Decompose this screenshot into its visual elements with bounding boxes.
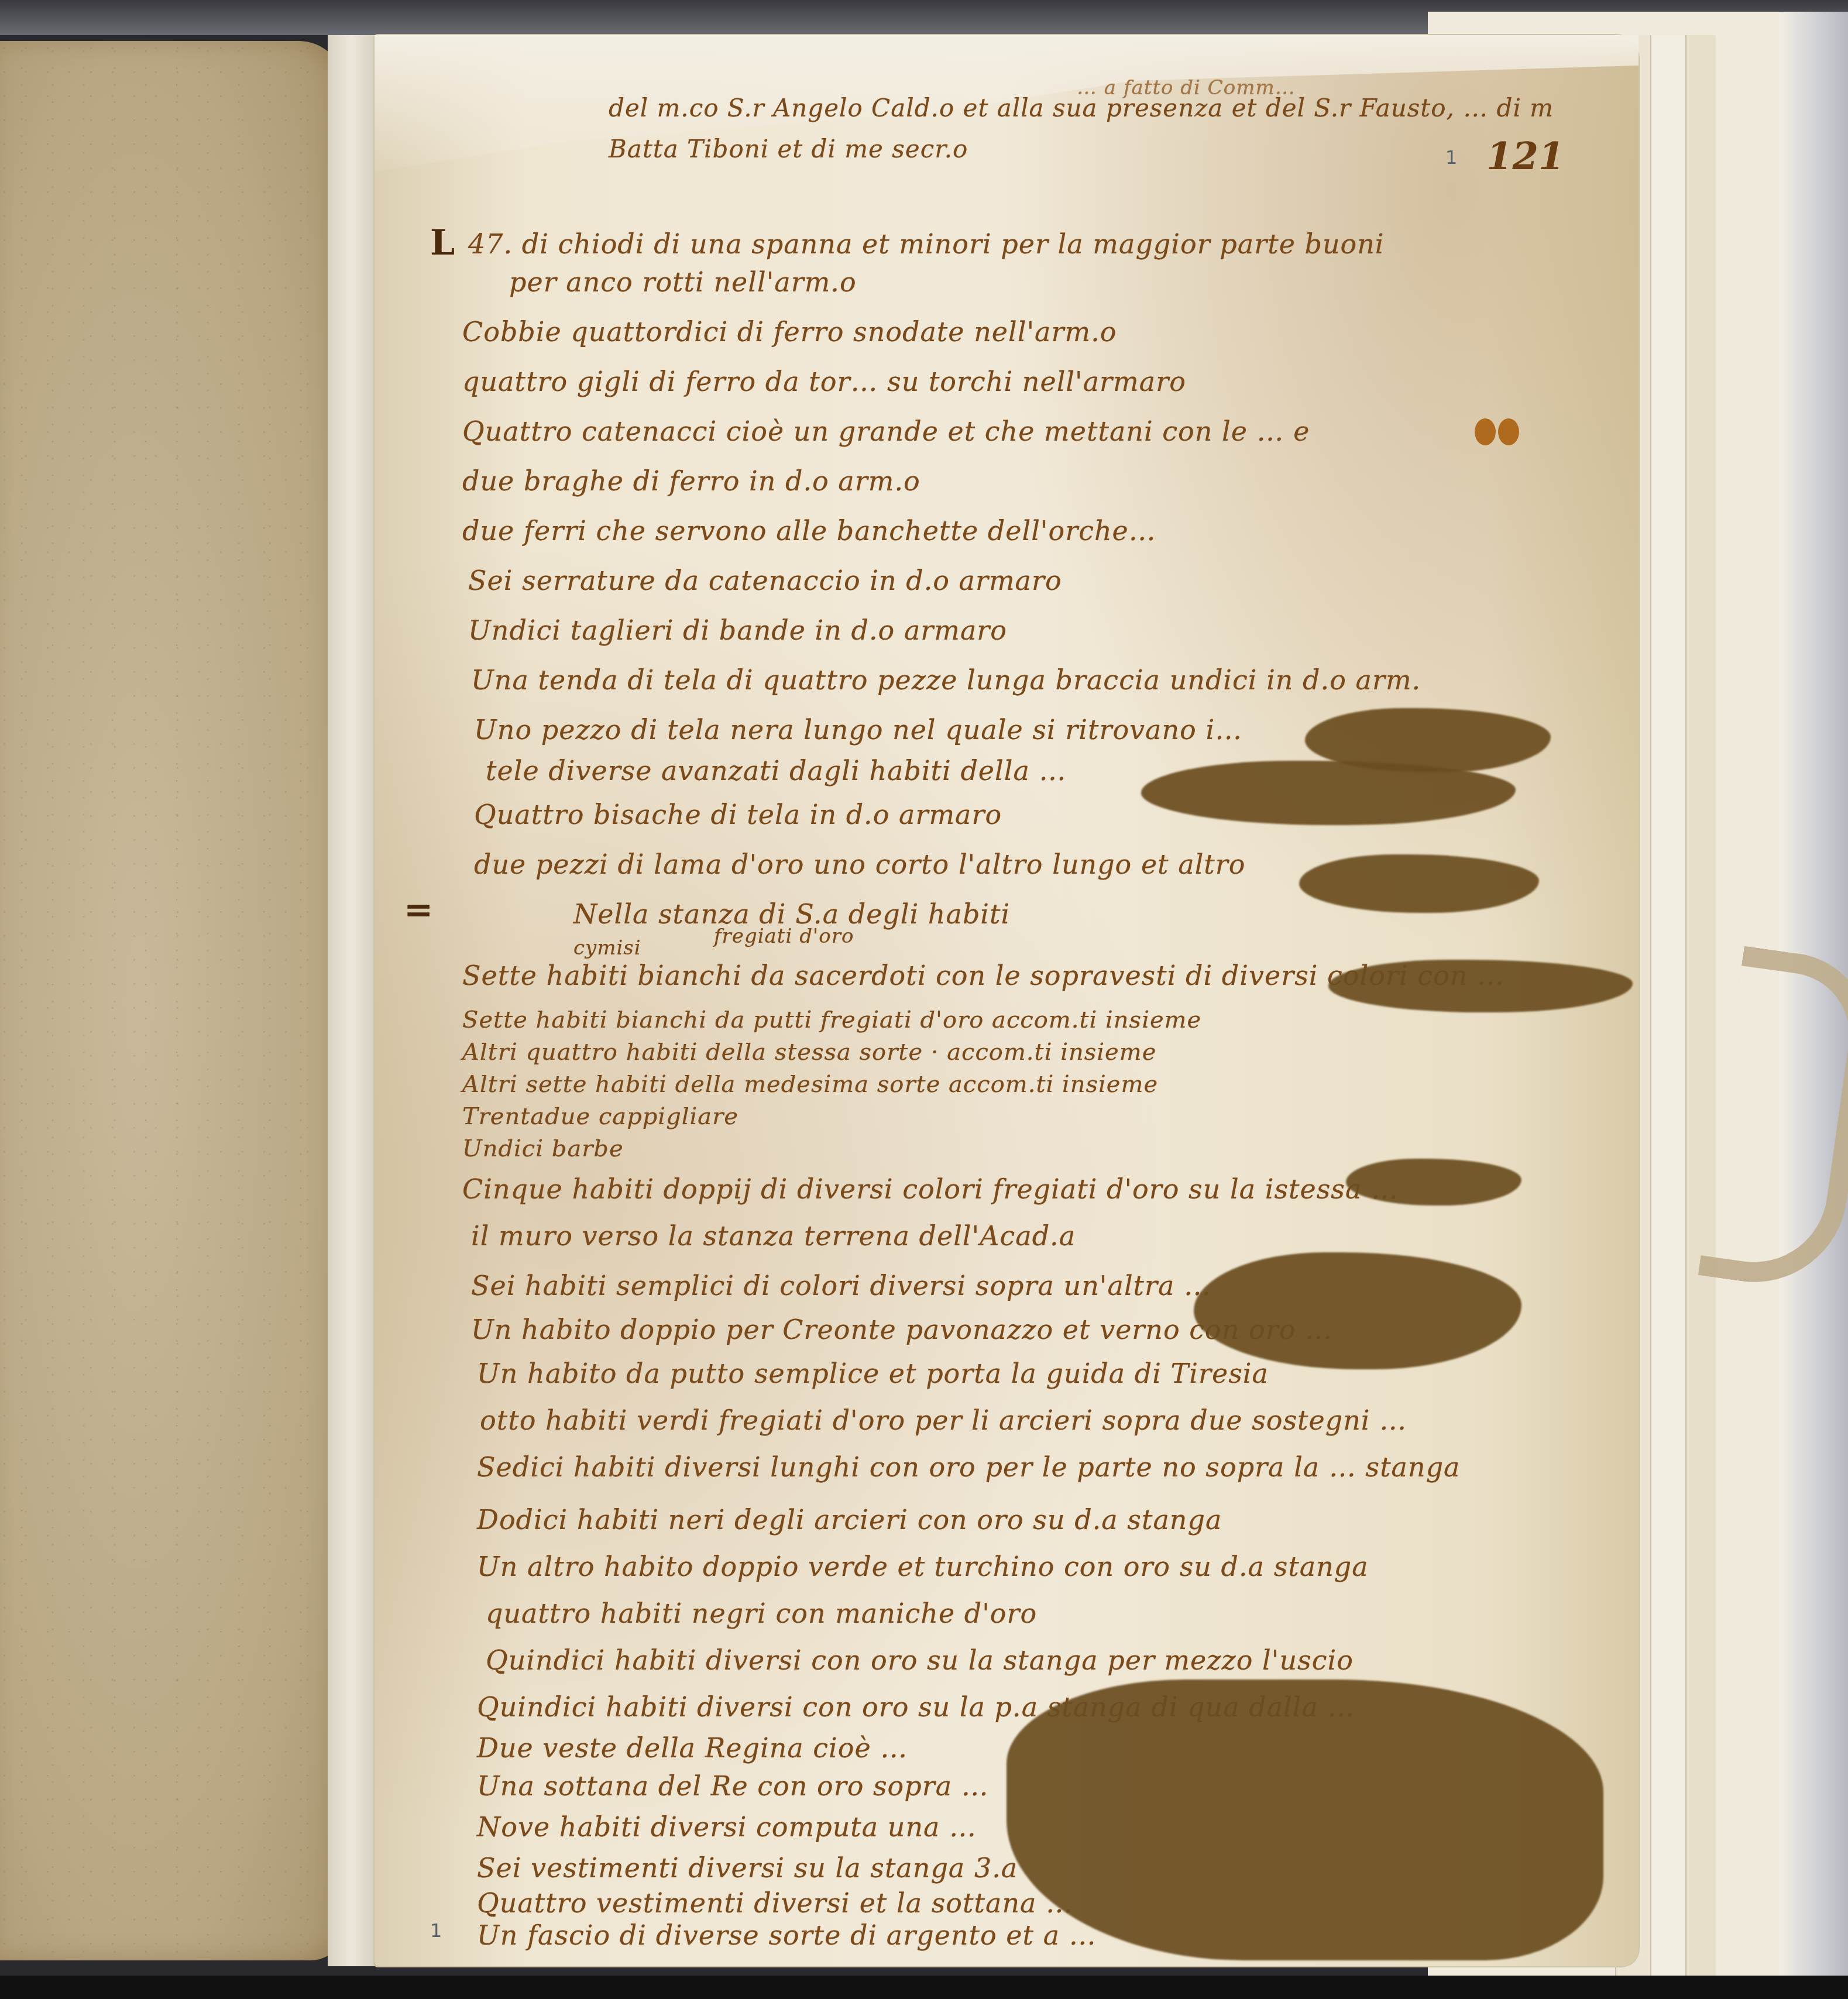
- margin-mark-equals: =: [404, 889, 433, 930]
- entry-line: Due veste della Regina cioè …: [477, 1732, 908, 1764]
- entry-line: Sedici habiti diversi lunghi con oro per…: [477, 1451, 1461, 1483]
- ink-blot-large: [1007, 1679, 1603, 1960]
- entry-line: Undici barbe: [462, 1135, 624, 1162]
- blank-left-leaf: [0, 41, 345, 1960]
- entry-line: due braghe di ferro in d.o arm.o: [462, 465, 920, 497]
- entry-line: Sette habiti bianchi da putti fregiati d…: [462, 1007, 1201, 1033]
- page-stack-edge: [1650, 35, 1686, 1978]
- ink-blot: [1141, 761, 1516, 825]
- ink-blot: [1299, 854, 1539, 913]
- entry-line: Un habito da putto semplice et porta la …: [477, 1358, 1269, 1389]
- entry-line: tele diverse avanzati dagli habiti della…: [486, 755, 1067, 786]
- ink-blot: [1194, 1252, 1521, 1369]
- entry-line: Sei serrature da catenaccio in d.o armar…: [468, 565, 1062, 596]
- entry-line: Un fascio di diverse sorte di argento et…: [477, 1919, 1097, 1951]
- interlinear-insert: cymisi: [573, 936, 641, 960]
- entry-line: Cobbie quattordici di ferro snodate nell…: [462, 316, 1117, 348]
- entry-line: Trentadue cappigliare: [462, 1103, 738, 1130]
- pencil-folio: 1: [1445, 146, 1457, 169]
- folio-number: 121: [1486, 135, 1565, 178]
- pencil-foot-mark: 1: [430, 1919, 442, 1942]
- entry-line: quattro gigli di ferro da tor… su torchi…: [462, 366, 1186, 397]
- header-line-1: del m.co S.r Angelo Cald.o et alla sua p…: [609, 94, 1554, 122]
- entry-line: Nove habiti diversi computa una …: [477, 1811, 977, 1843]
- ink-drop: [1475, 418, 1496, 445]
- entry-line: per anco rotti nell'arm.o: [509, 266, 857, 298]
- ink-blot: [1328, 960, 1633, 1012]
- entry-line: Quattro bisache di tela in d.o armaro: [474, 799, 1002, 830]
- entry-line: Uno pezzo di tela nera lungo nel quale s…: [474, 714, 1242, 746]
- entry-line: 47. di chiodi di una spanna et minori pe…: [468, 228, 1385, 260]
- entry-line: otto habiti verdi fregiati d'oro per li …: [480, 1404, 1407, 1436]
- scanner-background-bottom: [0, 1976, 1848, 1999]
- entry-line: due pezzi di lama d'oro uno corto l'altr…: [474, 849, 1246, 880]
- ink-drop: [1498, 418, 1519, 445]
- entry-line: Quattro vestimenti diversi et la sottana…: [477, 1887, 1073, 1919]
- ink-blot: [1346, 1159, 1521, 1205]
- entry-line: Sei vestimenti diversi su la stanga 3.a: [477, 1852, 1018, 1884]
- entry-line: Altri sette habiti della medesima sorte …: [462, 1071, 1158, 1098]
- entry-line: quattro habiti negri con maniche d'oro: [486, 1598, 1037, 1629]
- entry-line: due ferri che servono alle banchette del…: [462, 515, 1156, 547]
- entry-line: Cinque habiti doppij di diversi colori f…: [462, 1173, 1399, 1205]
- entry-line: Quattro catenacci cioè un grande et che …: [462, 415, 1310, 447]
- gutter-mount: [328, 35, 375, 1966]
- entry-line: Una sottana del Re con oro sopra …: [477, 1770, 989, 1802]
- entry-line: Altri quattro habiti della stessa sorte …: [462, 1039, 1156, 1066]
- entry-line: il muro verso la stanza terrena dell'Aca…: [471, 1220, 1076, 1252]
- interlinear-insert: fregiati d'oro: [714, 925, 854, 948]
- page-stack-edge: [1685, 35, 1716, 1978]
- entry-line: Una tenda di tela di quattro pezze lunga…: [471, 664, 1421, 696]
- entry-line: Dodici habiti neri degli arcieri con oro…: [477, 1504, 1222, 1536]
- entry-line: Un altro habito doppio verde et turchino…: [477, 1551, 1369, 1582]
- margin-mark-L: L: [430, 222, 455, 263]
- manuscript-page: … a fatto di Comm… del m.co S.r Angelo C…: [375, 35, 1639, 1966]
- entry-line: Quindici habiti diversi con oro su la st…: [486, 1644, 1354, 1676]
- entry-line: Undici taglieri di bande in d.o armaro: [468, 614, 1007, 646]
- entry-line: Sei habiti semplici di colori diversi so…: [471, 1270, 1211, 1301]
- header-line-2: Batta Tiboni et di me secr.o: [609, 135, 968, 163]
